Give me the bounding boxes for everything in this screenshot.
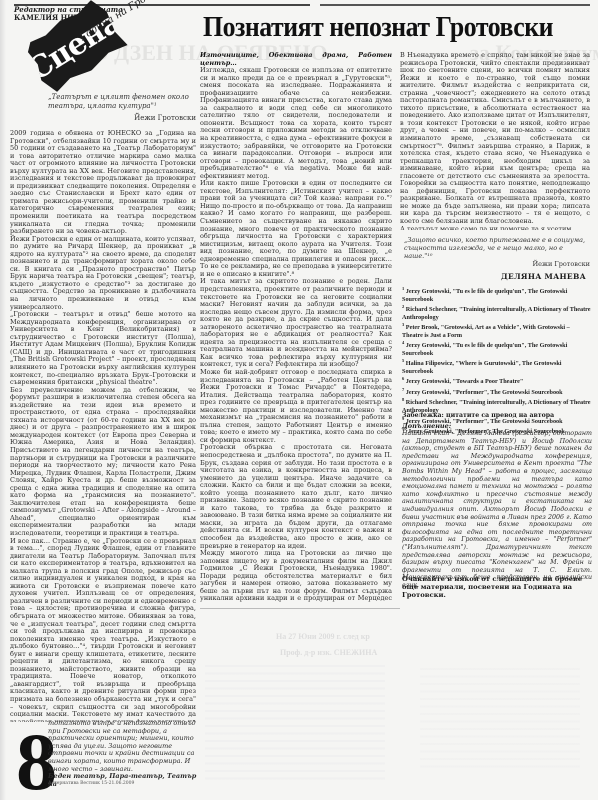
reference-item: 7 Jerzy Grotowski, "Performer", The Grot…: [402, 386, 592, 397]
middle-paragraph: Изглежда, сякаш Гротовски се изплъзва от…: [200, 67, 392, 180]
author-signature: ДЕЛЯНА МАНЕВА: [400, 272, 586, 281]
epigraph-text: „Театърът е цялият феномен около театъра…: [48, 93, 189, 110]
middle-paragraph: Или както пише Гротовски в един от после…: [200, 180, 392, 278]
right-column: В Нъенадувка времето е спряло, там никой…: [400, 52, 590, 230]
left-column-continuation: тоталното вътре и непознатото отвъд при …: [48, 720, 198, 788]
reference-item: 4 Jerzy Grotowski, "Tu es le fils de que…: [402, 339, 592, 357]
middle-paragraph: Може би най-добрият отговор е последната…: [200, 369, 392, 444]
reference-item: 1 Jerzy Grotowski, "Tu es le fils de que…: [402, 285, 592, 303]
reference-item: 5 Halina Filipowicz, "Where is Gurutowsk…: [402, 357, 592, 375]
left-paragraph: Без преувеличение можем да отбележим, че…: [10, 387, 196, 538]
divider-rule: [200, 608, 400, 609]
headline: Познатият непознат Гротовски: [203, 12, 553, 44]
reference-item: 3 Peter Brook, "Grotowski, Art as a Vehi…: [402, 321, 592, 339]
epigraph-author: Йежи Гротовски: [48, 114, 198, 123]
bleedthrough-text-block: [205, 665, 385, 785]
middle-paragraph: Гротовски обърква с простотата си. Негов…: [200, 444, 392, 550]
epigraph: „Театърът е цялият феномен около театъра…: [48, 93, 198, 123]
middle-column: Източниците, Обективна драма, Работен це…: [200, 52, 392, 602]
page-edge-shadow: [0, 0, 6, 800]
middle-lead: Източниците, Обективна драма, Работен це…: [200, 52, 392, 67]
right-paragraph: А театърът може само да ни помогне да я …: [400, 226, 590, 230]
closing-quote-author: Йежи Гротовски: [404, 260, 590, 268]
middle-paragraph: Между многото лица на Гротовски аз лично…: [200, 550, 392, 602]
right-paragraph: В Нъенадувка времето е спряло, там никой…: [400, 52, 590, 226]
continuation-text: тоталното вътре и непознатото отвъд при …: [48, 719, 196, 773]
upcoming-notice: Очаквайте в някои от следващите ни броев…: [402, 575, 592, 600]
reference-item: 2 Richard Schechner, "Training intercult…: [402, 303, 592, 321]
addendum-text: Нашият екип – Деляна Манева (режисьор, д…: [402, 430, 592, 589]
addendum-title: Допълнение:: [402, 422, 451, 430]
left-paragraph: И все пак… Странно е, че „Гротовски се е…: [10, 538, 196, 722]
bleedthrough-heading-2: Проф. д-р изк. СНЕЖИНА: [280, 648, 377, 657]
newspaper-page: ОНЙО ДЗЕН НА ОБЯВЕНО за Консилиум Редакт…: [0, 0, 598, 800]
translation-note: Забележка: цитатите са превод на автора: [402, 412, 592, 419]
closing-quote: „Защото всичко, което притежаваме е в со…: [404, 236, 590, 268]
middle-paragraph: И така митът за скритото познание е роде…: [200, 278, 392, 369]
reference-item: 6 Jerzy Grotowski, "Towards a Poor Theat…: [402, 375, 592, 386]
left-paragraph: 2009 година е обявена от ЮНЕСКО за „Годи…: [10, 130, 196, 236]
left-paragraph: „Гротовски – театърът и отвъд" беше мото…: [10, 311, 196, 386]
left-column: 2009 година е обявена от ЮНЕСКО за „Годи…: [10, 130, 196, 722]
bleedthrough-heading-1: На 27 Юни 2009 г. след кр: [276, 632, 370, 641]
footer-credit: Алтернатива Вестник 15-21.06.2009: [48, 781, 134, 786]
bleedthrough-text-block-2: [420, 668, 580, 768]
left-paragraph: Йежи Гротовски е един от малцината, коит…: [10, 236, 196, 311]
closing-quote-text: „Защото всичко, което притежаваме е в со…: [404, 236, 585, 260]
top-rule-right: [320, 4, 590, 6]
